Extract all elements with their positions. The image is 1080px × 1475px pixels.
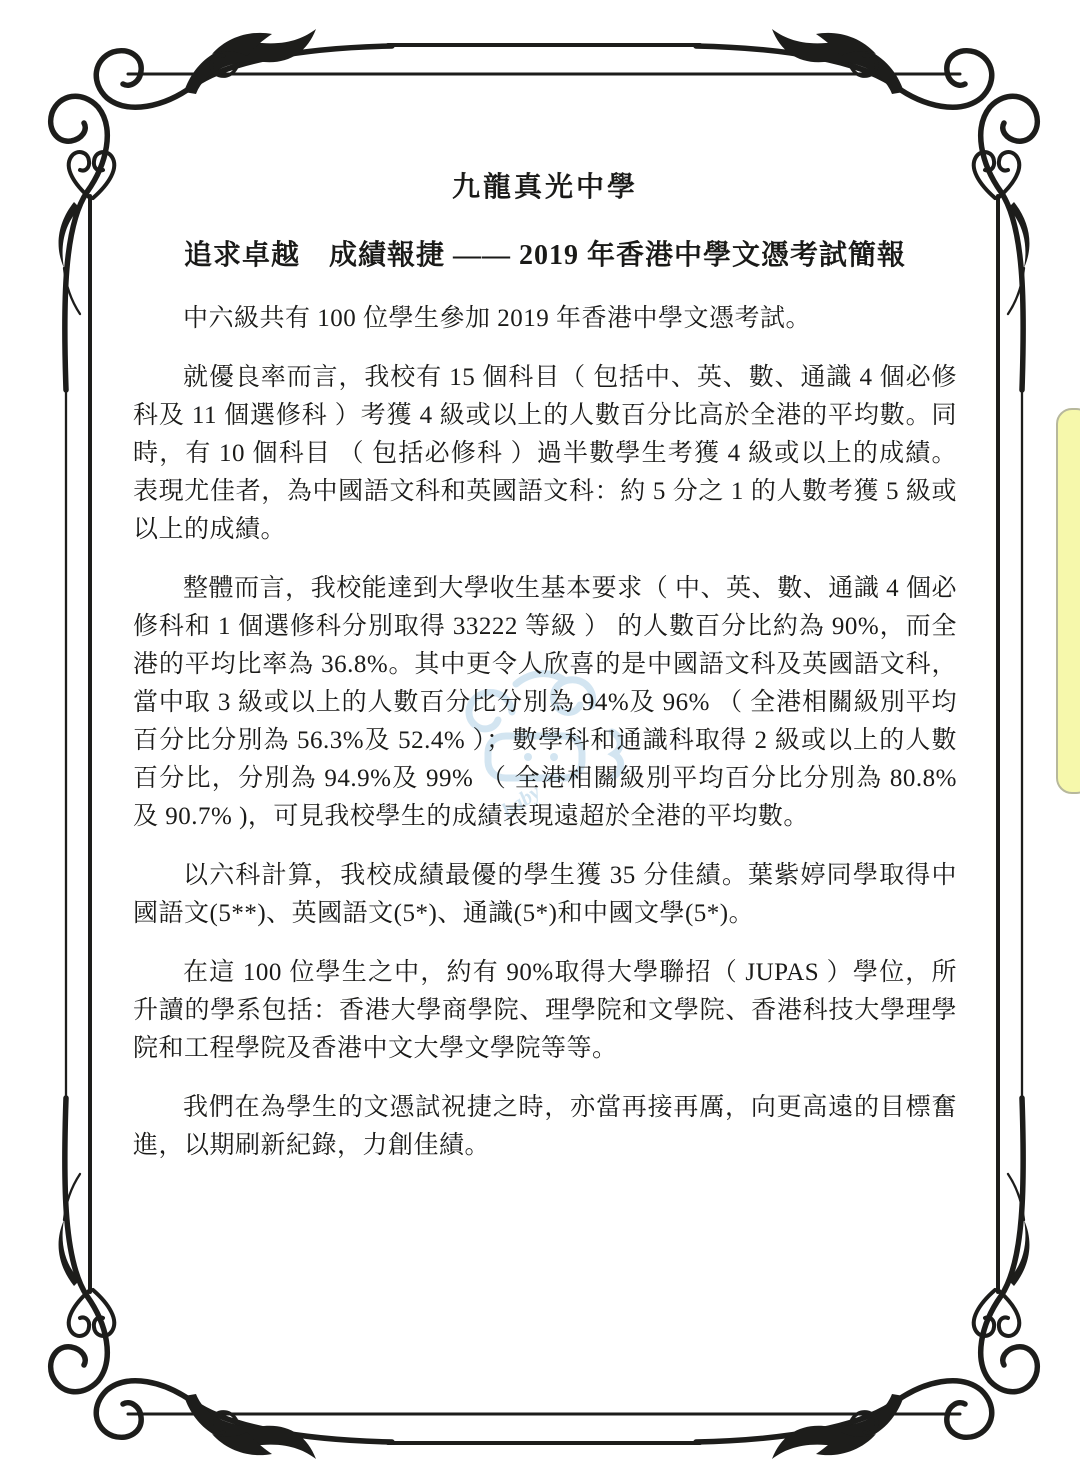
document-page: baby 九龍真光中學 追求卓越 成績報捷 —— 2019 年香港中學文憑考試簡… bbox=[0, 0, 1080, 1475]
paragraph: 以六科計算，我校成績最優的學生獲 35 分佳績。葉紫婷同學取得中國語文(5**)… bbox=[133, 857, 957, 933]
document-content: 九龍真光中學 追求卓越 成績報捷 —— 2019 年香港中學文憑考試簡報 中六級… bbox=[133, 168, 957, 1186]
edge-tab[interactable] bbox=[1056, 408, 1080, 794]
paragraph: 就優良率而言，我校有 15 個科目（ 包括中、英、數、通識 4 個必修科及 11… bbox=[133, 359, 957, 549]
paragraph: 中六級共有 100 位學生參加 2019 年香港中學文憑考試。 bbox=[133, 300, 957, 338]
paragraph: 我們在為學生的文憑試祝捷之時，亦當再接再厲，向更高遠的目標奮進，以期刷新紀錄，力… bbox=[133, 1089, 957, 1165]
school-name: 九龍真光中學 bbox=[133, 168, 957, 208]
report-headline: 追求卓越 成績報捷 —— 2019 年香港中學文憑考試簡報 bbox=[133, 236, 957, 276]
paragraph: 在這 100 位學生之中，約有 90%取得大學聯招（ JUPAS ）學位，所升讀… bbox=[133, 954, 957, 1068]
paragraph: 整體而言，我校能達到大學收生基本要求（ 中、英、數、通識 4 個必修科和 1 個… bbox=[133, 570, 957, 836]
